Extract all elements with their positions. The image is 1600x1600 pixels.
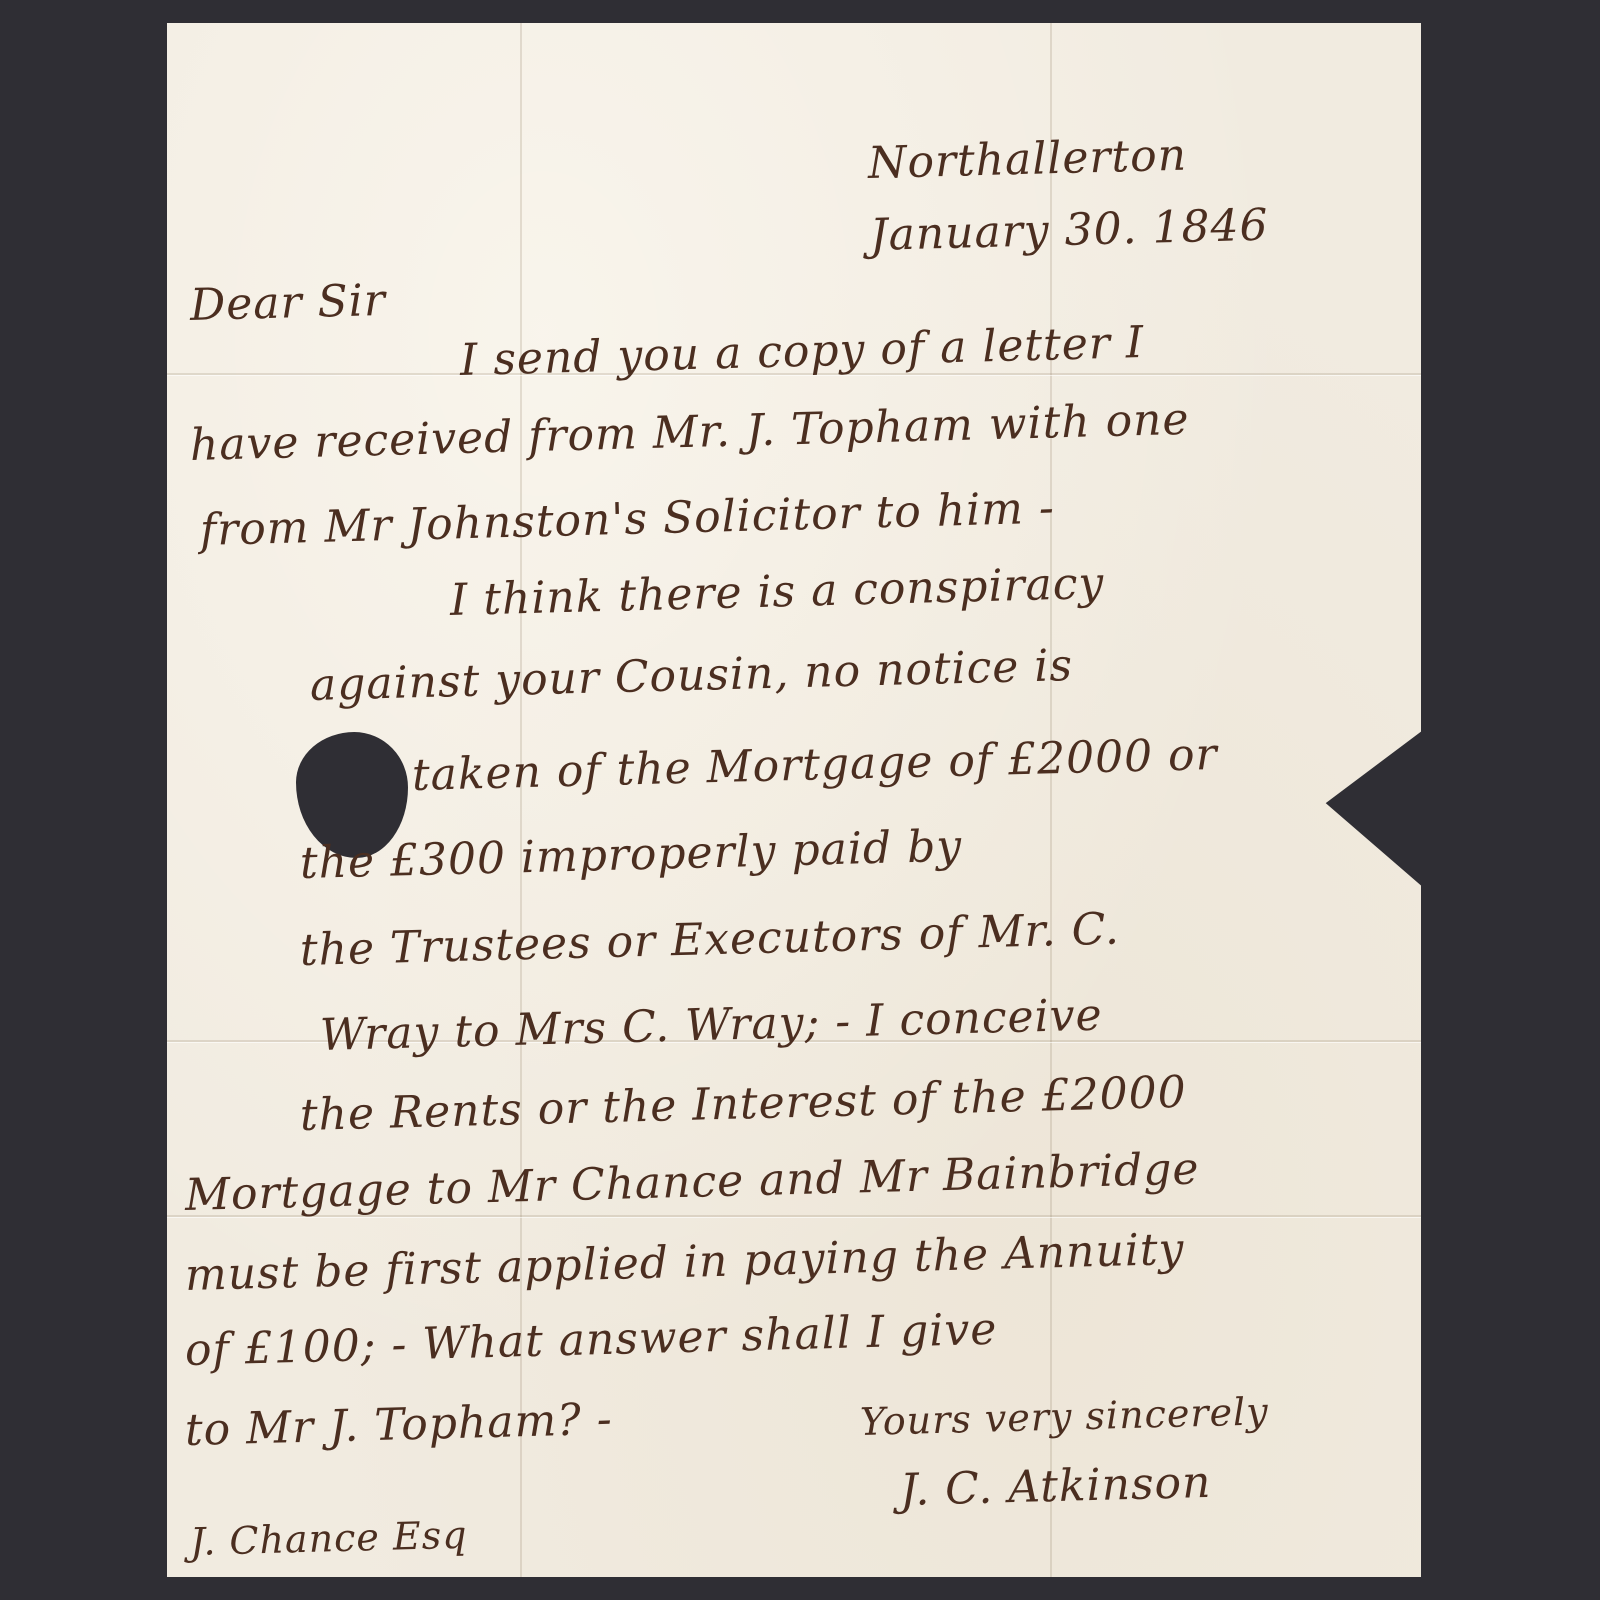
addressee: J. Chance Esq xyxy=(189,1513,468,1564)
signature: J. C. Atkinson xyxy=(899,1457,1212,1516)
place-line: Northallerton xyxy=(867,130,1187,189)
salutation: Dear Sir xyxy=(189,275,386,331)
date-line: January 30. 1846 xyxy=(869,200,1269,261)
